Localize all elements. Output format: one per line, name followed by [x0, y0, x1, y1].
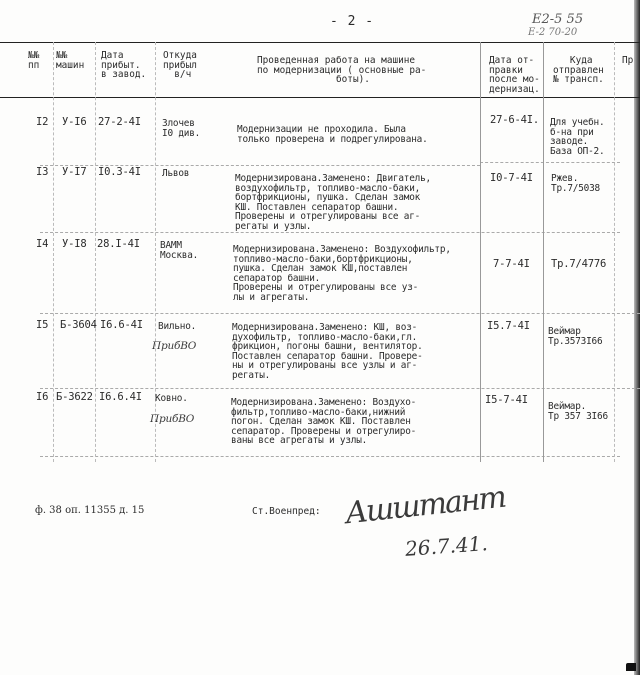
row-divider [480, 162, 620, 163]
cell-work-done: Модернизирована.Заменено: КШ, воз- духоф… [232, 323, 423, 381]
archive-stamp-line-1: E2-5 55 [532, 12, 583, 27]
header-destination: Куда отправлен № трансп. [553, 56, 604, 85]
cell-work-done: Модернизации не проходила. Была только п… [237, 125, 428, 144]
cell-dispatch-date: I5-7-4I [485, 396, 528, 406]
cell-destination: Для учебн. б-на при заводе. База ОП-2. [550, 118, 604, 156]
cell-work-done: Модернизирована.Заменено: Воздухо- фильт… [231, 398, 416, 446]
cell-destination: Ржев. Тр.7/5038 [551, 174, 600, 193]
cell-work-done: Модернизирована.Заменено: Двигатель, воз… [235, 174, 431, 232]
header-origin: Откуда прибыл в/ч [163, 51, 197, 80]
header-row-no: №№ пп [28, 51, 39, 70]
cell-origin: Львов [162, 169, 189, 179]
cell-arrival-date: I6.6-4I [100, 321, 143, 331]
cell-destination: Веймар Тр.3573I66 [548, 327, 602, 346]
header-work-done: Проведенная работа на машине по модерниз… [257, 56, 426, 85]
cell-arrival-date: I6.6.4I [99, 393, 142, 403]
cell-destination: Веймар. Тр 357 3I66 [548, 402, 608, 421]
cell-origin-note: ПрибВО [150, 415, 194, 425]
header-dispatch-date: Дата от- правки после мо- дернизац. [489, 56, 540, 94]
row-divider [40, 388, 640, 389]
cell-row-no: I4 [36, 240, 48, 250]
row-divider [40, 313, 640, 314]
cell-arrival-date: 28.I-4I [97, 240, 140, 250]
cell-machine-no: Б-3604 [60, 321, 97, 331]
header-machine-no: №№ машин [56, 51, 84, 70]
archive-stamp-line-2: E-2 70-20 [528, 26, 583, 39]
page-number: - 2 - [330, 14, 374, 29]
cell-dispatch-date: 27-6-4I. [490, 116, 539, 126]
cell-origin-note: ПрибВО [152, 342, 196, 352]
cell-dispatch-date: I5.7-4I [487, 322, 530, 332]
archive-stamp: E2-5 55 E-2 70-20 [532, 13, 583, 39]
cell-destination: Тр.7/4776 [551, 260, 606, 270]
cell-row-no: I5 [36, 321, 48, 331]
cell-origin: Злочев I0 див. [162, 119, 200, 138]
column-rule [480, 42, 481, 462]
signature-date: 26.7.41. [404, 531, 488, 561]
scan-edge-shadow [634, 0, 640, 675]
row-divider [40, 232, 620, 233]
cell-machine-no: У-I8 [62, 240, 87, 250]
header-bottom-rule [0, 97, 640, 98]
table-top-rule [0, 42, 640, 43]
cell-origin: ВАММ Москва. [160, 241, 198, 260]
cell-arrival-date: 27-2-4I [98, 118, 141, 128]
header-extra: Пр [622, 56, 633, 66]
column-rule [95, 42, 96, 462]
cell-origin: Ковно. [155, 394, 188, 404]
cell-work-done: Модернизирована.Заменено: Воздухофильтр,… [233, 245, 451, 303]
column-rule [53, 42, 54, 462]
column-rule [543, 42, 544, 462]
cell-arrival-date: I0.3-4I [98, 168, 141, 178]
cell-origin: Вильно. [158, 322, 196, 332]
cell-row-no: I3 [36, 168, 48, 178]
signer-label: Ст.Военпред: [252, 506, 321, 517]
header-arrival-date: Дата прибыт. в завод. [101, 51, 146, 80]
cell-dispatch-date: 7-7-4I [493, 260, 530, 270]
row-divider [40, 456, 620, 457]
scan-corner-mark [626, 663, 636, 671]
cell-row-no: I2 [36, 118, 48, 128]
cell-machine-no: У-I6 [62, 118, 87, 128]
signature: Ашштант [344, 480, 507, 532]
cell-row-no: I6 [36, 393, 48, 403]
cell-machine-no: Б-3622 [56, 393, 93, 403]
cell-dispatch-date: I0-7-4I [490, 174, 533, 184]
column-rule [614, 42, 615, 462]
cell-machine-no: У-I7 [62, 168, 87, 178]
archive-reference: ф. 38 оп. 11355 д. 15 [35, 505, 144, 516]
